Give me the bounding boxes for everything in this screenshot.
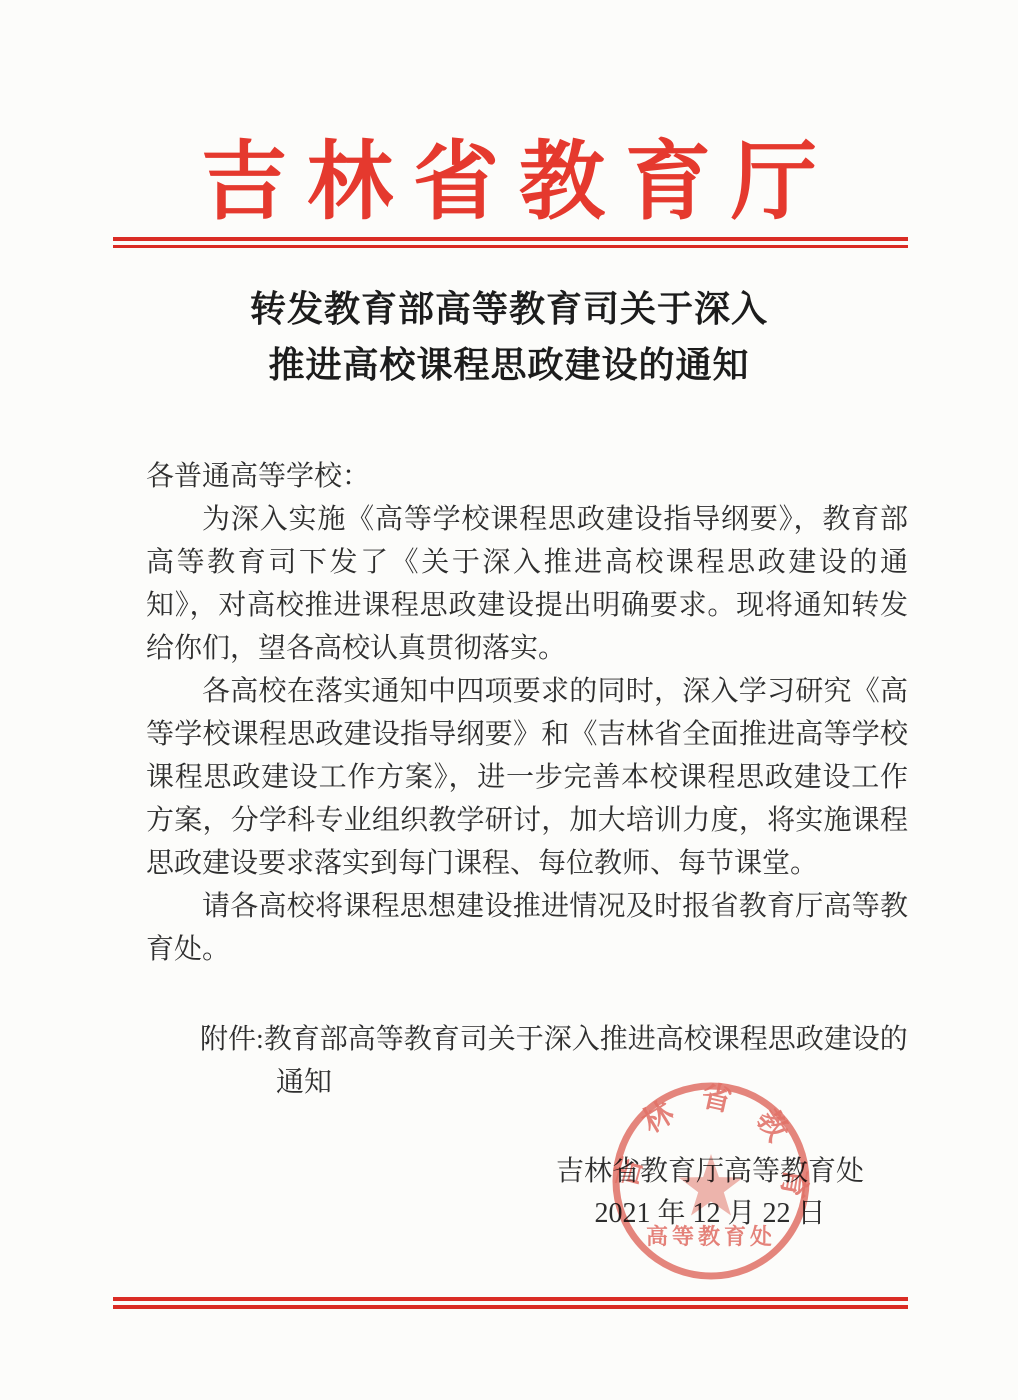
- body-paragraph-2: 各高校在落实通知中四项要求的同时，深入学习研究《高等学校课程思政建设指导纲要》和…: [146, 670, 908, 885]
- letterhead-divider: [113, 237, 908, 248]
- document-title: 转发教育部高等教育司关于深入 推进高校课程思政建设的通知: [0, 281, 1018, 393]
- attachment-line1: 附件:教育部高等教育司关于深入推进高校课程思政建设的: [200, 1018, 910, 1061]
- attachment-note: 附件:教育部高等教育司关于深入推进高校课程思政建设的 通知: [200, 1018, 910, 1104]
- document-body: 各普通高等学校： 为深入实施《高等学校课程思政建设指导纲要》，教育部高等教育司下…: [146, 455, 908, 971]
- body-paragraph-1: 为深入实施《高等学校课程思政建设指导纲要》，教育部高等教育司下发了《关于深入推进…: [146, 498, 908, 670]
- footer-divider-lower-line: [113, 1305, 908, 1309]
- attachment-label: 附件:: [200, 1024, 264, 1055]
- body-paragraph-3: 请各高校将课程思想建设推进情况及时报省教育厅高等教育处。: [146, 885, 908, 971]
- letterhead-divider-lower-line: [113, 245, 908, 248]
- footer-divider: [113, 1297, 908, 1309]
- salutation: 各普通高等学校：: [146, 455, 908, 498]
- signoff-date: 2021 年 12 月 22 日: [552, 1193, 868, 1235]
- document-title-line1: 转发教育部高等教育司关于深入: [0, 281, 1018, 337]
- letterhead-agency-name: 吉林省教育厅: [0, 132, 1018, 232]
- footer-divider-upper-line: [113, 1297, 908, 1301]
- attachment-title-part2: 通知: [200, 1061, 910, 1104]
- signoff-block: 吉林省教育厅高等教育处 2021 年 12 月 22 日: [552, 1151, 868, 1235]
- document-title-line2: 推进高校课程思政建设的通知: [0, 337, 1018, 393]
- attachment-title-part1: 教育部高等教育司关于深入推进高校课程思政建设的: [264, 1024, 908, 1055]
- signoff-department: 吉林省教育厅高等教育处: [552, 1151, 868, 1193]
- letterhead-divider-upper-line: [113, 237, 908, 241]
- scanned-document-page: 吉林省教育厅 转发教育部高等教育司关于深入 推进高校课程思政建设的通知 各普通高…: [0, 0, 1018, 1400]
